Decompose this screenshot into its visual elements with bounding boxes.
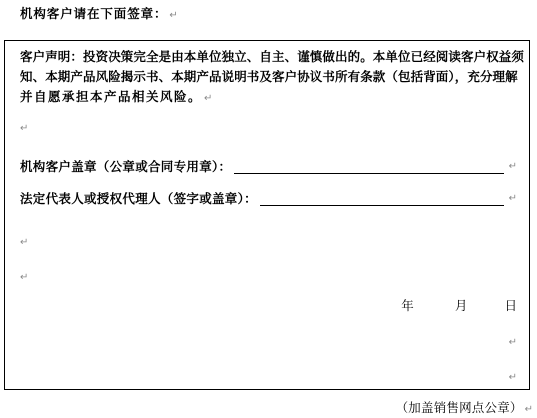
paragraph-mark: ↵ (509, 189, 517, 209)
document-page: 机构客户请在下面签章：↵ 客户声明：投资决策完全是由本单位独立、自主、谨慎做出的… (0, 0, 537, 418)
paragraph-mark: ↵ (509, 157, 517, 177)
paragraph-mark: ↵ (20, 123, 28, 134)
date-month-label: 月 (455, 299, 468, 313)
paragraph-mark: ↵ (509, 337, 517, 348)
paragraph-mark: ↵ (20, 272, 28, 283)
empty-paragraph: ↵ (20, 331, 517, 351)
empty-paragraph: ↵ (20, 117, 517, 137)
paragraph-mark: ↵ (204, 93, 212, 104)
representative-sign-row: 法定代表人或授权代理人（签字或盖章）： ↵ (20, 189, 517, 209)
representative-signature-line[interactable] (260, 205, 504, 206)
empty-paragraph: ↵ (20, 266, 517, 286)
date-row: 年 月 日 (20, 296, 517, 316)
client-declaration-paragraph: 客户声明：投资决策完全是由本单位独立、自主、谨慎做出的。本单位已经阅读客户权益须… (20, 47, 517, 109)
declaration-line-1: 客户声明：投资决策完全是由本单位独立、自主、谨慎做出的。本单位已经阅读客户权益须 (20, 47, 517, 67)
declaration-line-3: 并自愿承担本产品相关风险。↵ (20, 87, 517, 109)
header-label: 机构客户请在下面签章： (20, 7, 167, 21)
sales-outlet-seal-note: （加盖销售网点公章） (396, 401, 523, 415)
paragraph-mark: ↵ (20, 237, 28, 248)
empty-paragraph: ↵ (20, 231, 517, 251)
declaration-line-2: 知、本期产品风险揭示书、本期产品说明书及客户协议书所有条款（包括背面），充分理解 (20, 67, 517, 87)
institution-seal-signature-line[interactable] (234, 173, 503, 174)
representative-sign-label: 法定代表人或授权代理人（签字或盖章）： (20, 189, 257, 209)
date-year-label: 年 (401, 299, 414, 313)
header-row: 机构客户请在下面签章：↵ (0, 0, 537, 23)
date-day-label: 日 (504, 299, 517, 313)
empty-paragraph: ↵ (20, 366, 517, 386)
declaration-line-3-text: 并自愿承担本产品相关风险。 (20, 90, 202, 104)
paragraph-mark: ↵ (509, 372, 517, 383)
declaration-box: 客户声明：投资决策完全是由本单位独立、自主、谨慎做出的。本单位已经阅读客户权益须… (4, 40, 530, 390)
institution-seal-row: 机构客户盖章（公章或合同专用章）： ↵ (20, 157, 517, 177)
paragraph-mark: ↵ (525, 404, 533, 415)
institution-seal-label: 机构客户盖章（公章或合同专用章）： (20, 157, 231, 177)
footer-row: （加盖销售网点公章）↵ (0, 400, 537, 418)
paragraph-mark: ↵ (169, 10, 177, 21)
